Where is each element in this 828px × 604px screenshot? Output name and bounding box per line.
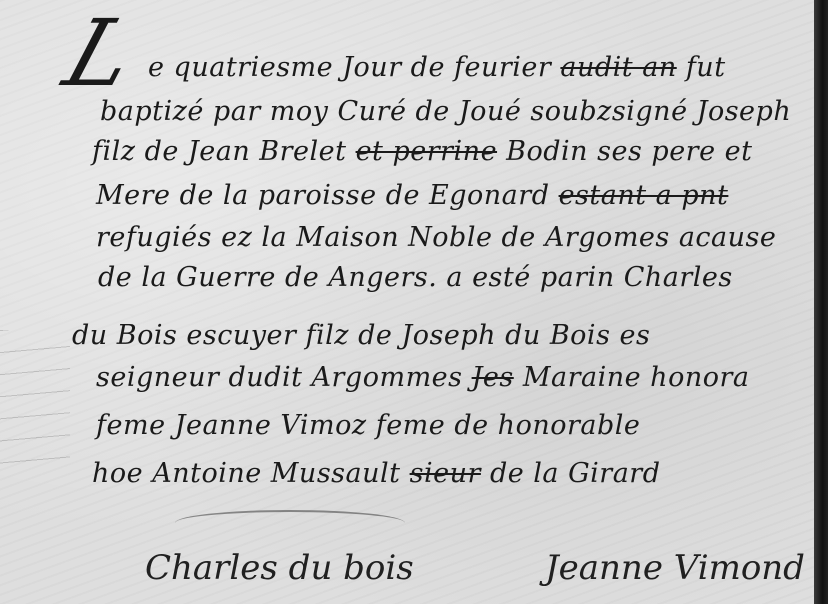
entry-line-8: seigneur dudit Argommes Jes Maraine hono… — [96, 362, 749, 393]
entry-line-2: baptizé par moy Curé de Joué soubzsigné … — [100, 96, 791, 127]
struck-text: sieur — [410, 458, 481, 489]
signature-godfather: Charles du bois — [145, 548, 414, 588]
struck-text: estant a pnt — [559, 180, 729, 211]
ink-flourish — [175, 510, 405, 536]
entry-line-3: filz de Jean Brelet et perrine Bodin ses… — [92, 136, 752, 167]
decorated-initial: L — [53, 0, 149, 107]
entry-line-6: de la Guerre de Angers. a esté parin Cha… — [98, 262, 733, 293]
register-page: L e quatriesme Jour de feurier audit an … — [0, 0, 814, 604]
page-binding-edge — [814, 0, 828, 604]
struck-text: Jes — [472, 362, 514, 393]
entry-line-10: hoe Antoine Mussault sieur de la Girard — [92, 458, 661, 489]
struck-text: audit an — [560, 52, 676, 83]
entry-line-1: e quatriesme Jour de feurier audit an fu… — [148, 52, 726, 83]
struck-text: et perrine — [356, 136, 498, 167]
entry-line-7: du Bois escuyer filz de Joseph du Bois e… — [72, 320, 650, 351]
entry-line-9: feme Jeanne Vimoz feme de honorable — [96, 410, 640, 441]
entry-line-5: refugiés ez la Maison Noble de Argomes a… — [96, 222, 776, 253]
signature-godmother: Jeanne Vimond — [545, 548, 805, 588]
margin-pen-marks — [0, 330, 70, 470]
entry-line-4: Mere de la paroisse de Egonard estant a … — [96, 180, 728, 211]
